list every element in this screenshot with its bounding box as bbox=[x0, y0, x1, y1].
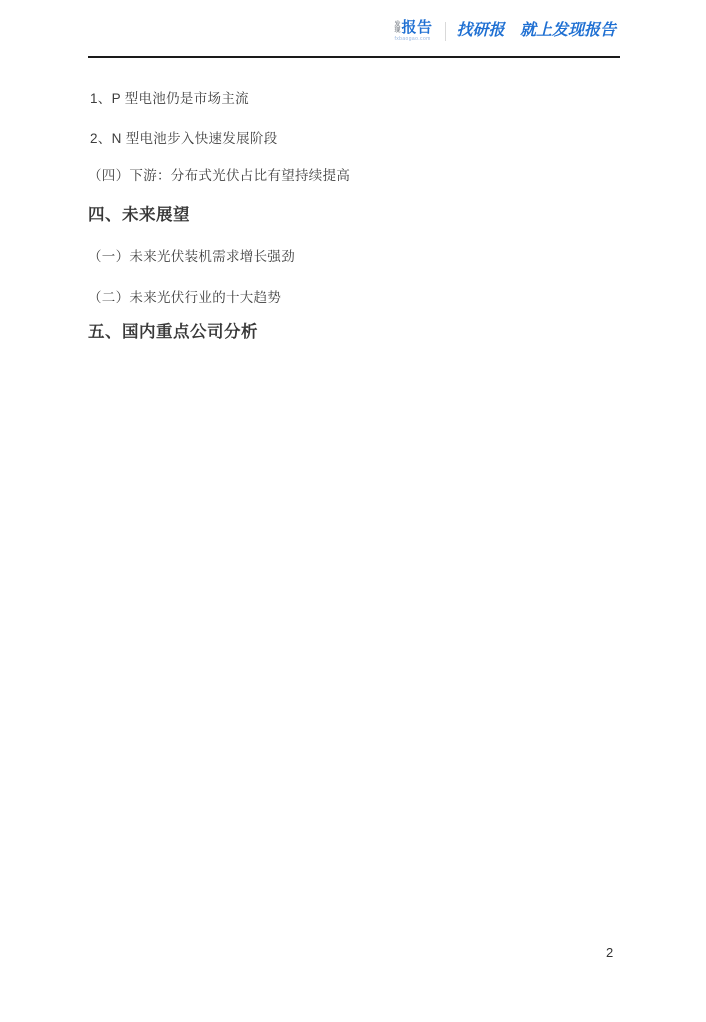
page-number: 2 bbox=[606, 945, 613, 960]
toc-item-entry: 2、N 型电池步入快速发展阶段 bbox=[90, 127, 278, 147]
header-rule bbox=[88, 56, 620, 58]
header-divider bbox=[445, 22, 446, 41]
fxbaogao-logo: 发 现 报告 fxbaogao.com bbox=[394, 20, 432, 42]
toc-item-entry: （一）未来光伏装机需求增长强劲 bbox=[88, 245, 295, 265]
toc-chapter-entry: 五、国内重点公司分析 bbox=[88, 318, 258, 342]
toc-item-entry: （二）未来光伏行业的十大趋势 bbox=[88, 286, 281, 306]
logo-wordmark: 报告 bbox=[402, 20, 433, 35]
toc-item-entry: 1、P 型电池仍是市场主流 bbox=[90, 87, 249, 107]
slogan-part-2: 就上发现报告 bbox=[520, 22, 616, 39]
header-brand-bar: 发 现 报告 fxbaogao.com 找研报 就上发现报告 bbox=[394, 20, 616, 42]
toc-chapter-entry: 四、未来展望 bbox=[88, 201, 190, 225]
logo-stack-bottom: 现 bbox=[394, 28, 400, 34]
slogan-part-1: 找研报 bbox=[457, 22, 505, 39]
toc-item-entry: （四）下游：分布式光伏占比有望持续提高 bbox=[88, 164, 350, 184]
header-slogan: 找研报 就上发现报告 bbox=[457, 23, 616, 39]
document-page: 发 现 报告 fxbaogao.com 找研报 就上发现报告 1、P 型电池仍是… bbox=[0, 0, 706, 1022]
logo-stack-icon: 发 现 bbox=[394, 22, 400, 34]
logo-row: 发 现 报告 bbox=[394, 20, 432, 35]
logo-url: fxbaogao.com bbox=[394, 37, 430, 42]
